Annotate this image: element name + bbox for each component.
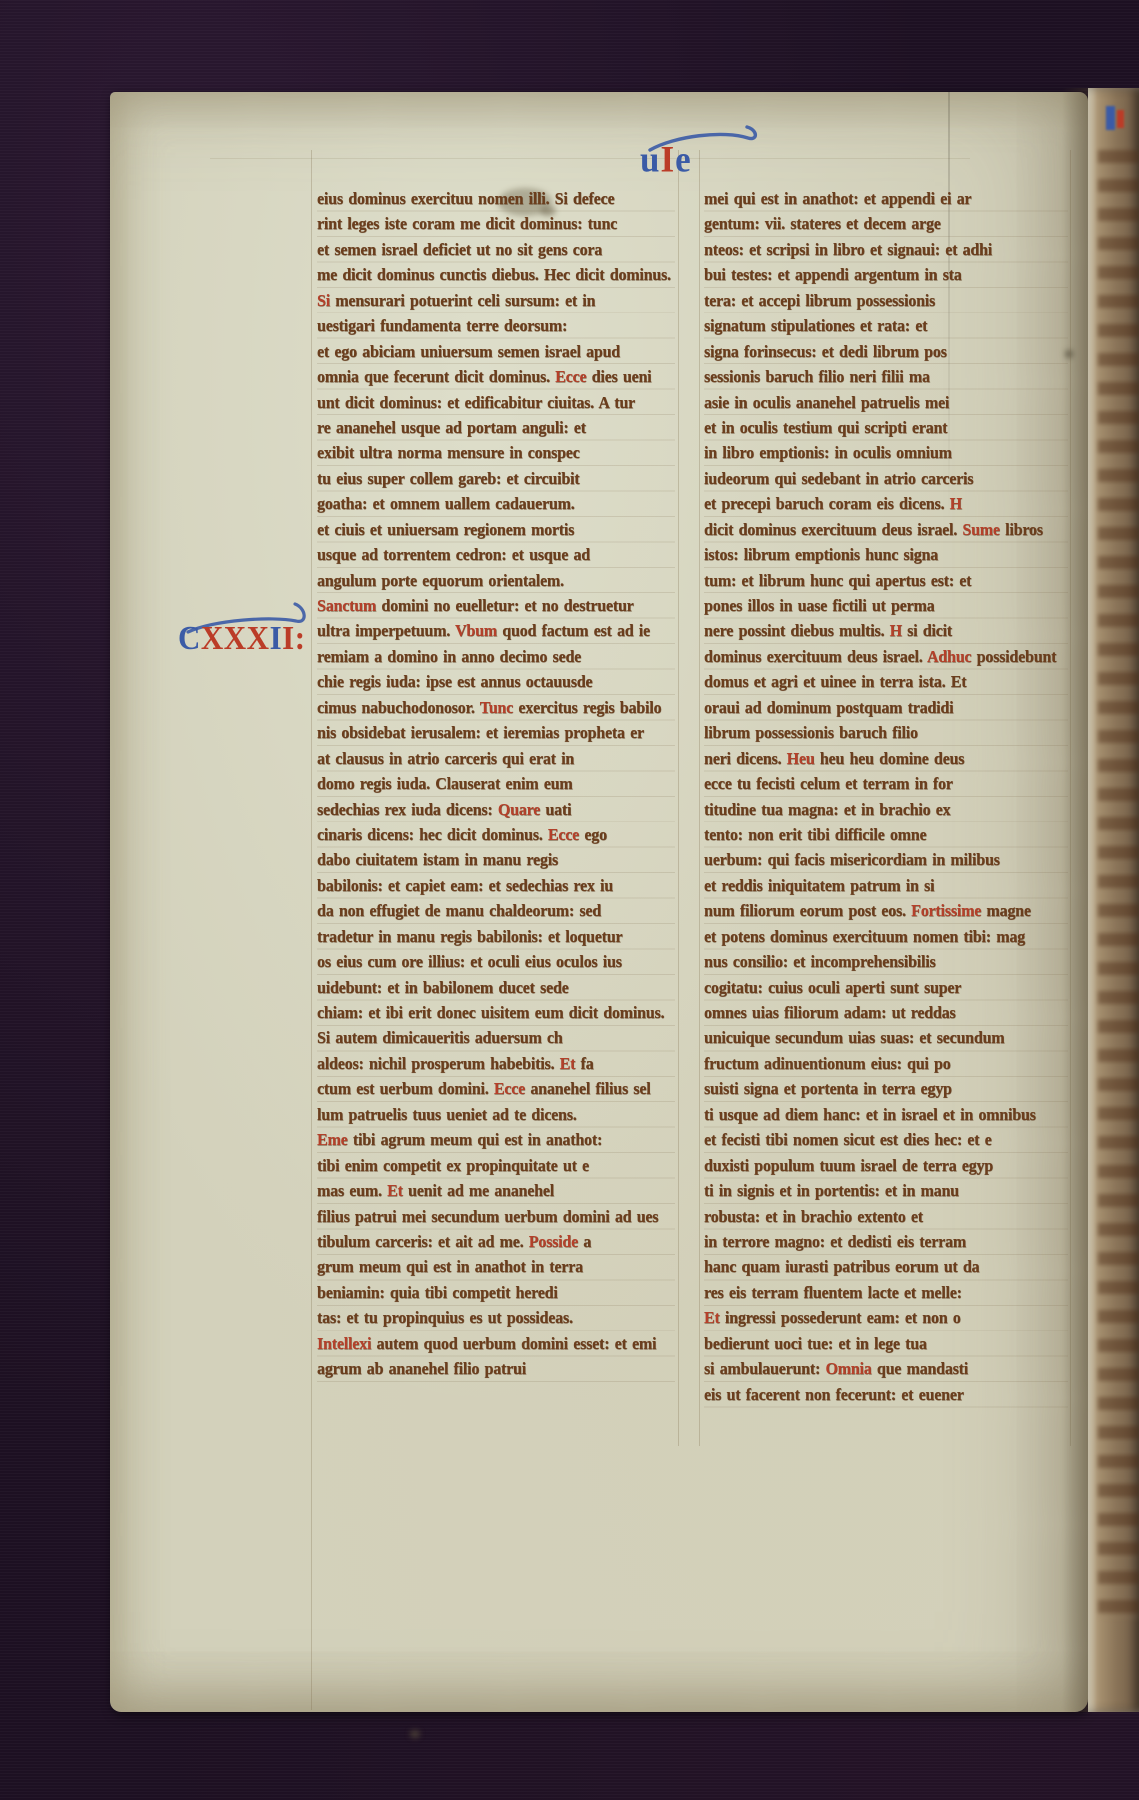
chapter-numeral-letters: CXXXII: xyxy=(178,621,306,654)
manuscript-text-line: nus consilio: et incomprehensibilis xyxy=(704,949,1068,976)
manuscript-text-line: hanc quam iurasti patribus eorum ut da xyxy=(704,1254,1068,1281)
manuscript-text-line: exibit ultra norma mensure in conspec xyxy=(317,440,675,467)
chapter-numeral-letter: X xyxy=(224,621,247,654)
manuscript-text-line: fructum adinuentionum eius: qui po xyxy=(704,1051,1068,1078)
manuscript-text-line: os eius cum ore illius: et oculi eius oc… xyxy=(317,949,675,976)
manuscript-text-line: gentum: vii. stateres et decem arge xyxy=(704,211,1068,238)
manuscript-text-line: tibulum carceris: et ait ad me. Posside … xyxy=(317,1229,675,1256)
manuscript-text-line: uerbum: qui facis misericordiam in milib… xyxy=(704,847,1068,874)
chapter-numeral-letter: I xyxy=(270,621,283,654)
manuscript-text-line: duxisti populum tuum israel de terra egy… xyxy=(704,1153,1068,1180)
manuscript-text-line: Eme tibi agrum meum qui est in anathot: xyxy=(317,1127,675,1154)
manuscript-text-line: pones illos in uase fictili ut perma xyxy=(704,593,1068,620)
manuscript-text-line: et potens dominus exercituum nomen tibi:… xyxy=(704,924,1068,951)
manuscript-text-line: bui testes: et appendi argentum in sta xyxy=(704,262,1068,289)
facing-title-red-stroke xyxy=(1117,110,1124,128)
manuscript-text-line: mei qui est in anathot: et appendi ei ar xyxy=(704,186,1068,213)
manuscript-text-line: cogitatu: cuius oculi aperti sunt super xyxy=(704,975,1068,1002)
manuscript-text-line: Sanctum domini no euelletur: et no destr… xyxy=(317,593,675,620)
manuscript-text-line: uestigari fundamenta terre deorsum: xyxy=(317,313,675,340)
manuscript-text-line: chiam: et ibi erit donec uisitem eum dic… xyxy=(317,1000,675,1027)
manuscript-text-line: cimus nabuchodonosor. Tunc exercitus reg… xyxy=(317,695,675,722)
manuscript-text-line: at clausus in atrio carceris qui erat in xyxy=(317,746,675,773)
manuscript-text-line: ultra imperpetuum. Vbum quod factum est … xyxy=(317,618,675,645)
ruling-line xyxy=(678,150,679,1446)
manuscript-text-line: ti usque ad diem hanc: et in israel et i… xyxy=(704,1102,1068,1129)
chapter-numeral-letter: C xyxy=(178,621,201,654)
facing-page-text-blur xyxy=(1098,150,1139,1620)
manuscript-text-line: in terrore magno: et dedisti eis terram xyxy=(704,1229,1068,1256)
manuscript-text-line: unt dicit dominus: et edificabitur ciuit… xyxy=(317,390,675,417)
facing-page-edge xyxy=(1088,88,1139,1712)
manuscript-text-line: sessionis baruch filio neri filii ma xyxy=(704,364,1068,391)
facing-title-blue-stroke xyxy=(1106,106,1115,130)
manuscript-text-line: filius patrui mei secundum uerbum domini… xyxy=(317,1204,675,1231)
manuscript-text-line: mas eum. Et uenit ad me ananehel xyxy=(317,1178,675,1205)
manuscript-text-line: cinaris dicens: hec dicit dominus. Ecce … xyxy=(317,822,675,849)
manuscript-text-line: dicit dominus exercituum deus israel. Su… xyxy=(704,517,1068,544)
running-title: uIe xyxy=(640,126,770,188)
manuscript-text-line: ctum est uerbum domini. Ecce ananehel fi… xyxy=(317,1076,675,1103)
manuscript-text-line: istos: librum emptionis hunc signa xyxy=(704,542,1068,569)
manuscript-text-line: sedechias rex iuda dicens: Quare uati xyxy=(317,797,675,824)
manuscript-text-line: goatha: et omnem uallem cadauerum. xyxy=(317,491,675,518)
ruling-line xyxy=(210,158,970,159)
manuscript-photo: uIe CXXXII: eius dominus exercituu nomen… xyxy=(0,0,1139,1800)
manuscript-text-line: librum possessionis baruch filio xyxy=(704,720,1068,747)
text-column-left: eius dominus exercituu nomen illi. Si de… xyxy=(317,186,675,1384)
manuscript-text-line: et ciuis et uniuersam regionem mortis xyxy=(317,517,675,544)
manuscript-text-line: beniamin: quia tibi competit heredi xyxy=(317,1280,675,1307)
manuscript-text-line: robusta: et in brachio extento et xyxy=(704,1204,1068,1231)
chapter-numeral-letter: X xyxy=(247,621,270,654)
manuscript-text-line: si ambulauerunt: Omnia que mandasti xyxy=(704,1356,1068,1383)
manuscript-text-line: me dicit dominus cunctis diebus. Hec dic… xyxy=(317,262,675,289)
manuscript-text-line: babilonis: et capiet eam: et sedechias r… xyxy=(317,873,675,900)
manuscript-text-line: unicuique secundum uias suas: et secundu… xyxy=(704,1025,1068,1052)
manuscript-text-line: num filiorum eorum post eos. Fortissime … xyxy=(704,898,1068,925)
manuscript-text-line: tradetur in manu regis babilonis: et loq… xyxy=(317,924,675,951)
manuscript-text-line: omnes uias filiorum adam: ut reddas xyxy=(704,1000,1068,1027)
manuscript-text-line: Intellexi autem quod uerbum domini esset… xyxy=(317,1331,675,1358)
manuscript-text-line: usque ad torrentem cedron: et usque ad xyxy=(317,542,675,569)
text-column-right: mei qui est in anathot: et appendi ei ar… xyxy=(704,186,1068,1410)
manuscript-text-line: uidebunt: et in babilonem ducet sede xyxy=(317,975,675,1002)
manuscript-text-line: grum meum qui est in anathot in terra xyxy=(317,1254,675,1281)
running-title-letter: e xyxy=(675,141,692,178)
manuscript-text-line: omnia que fecerunt dicit dominus. Ecce d… xyxy=(317,364,675,391)
manuscript-text-line: domo regis iuda. Clauserat enim eum xyxy=(317,771,675,798)
ruling-line xyxy=(699,150,700,1446)
chapter-numeral: CXXXII: xyxy=(176,608,336,672)
ink-stain xyxy=(410,1730,420,1738)
manuscript-text-line: rint leges iste coram me dicit dominus: … xyxy=(317,211,675,238)
manuscript-text-line: tera: et accepi librum possessionis xyxy=(704,288,1068,315)
manuscript-text-line: tas: et tu propinquius es ut possideas. xyxy=(317,1305,675,1332)
manuscript-text-line: tento: non erit tibi difficile omne xyxy=(704,822,1068,849)
manuscript-text-line: tum: et librum hunc qui apertus est: et xyxy=(704,568,1068,595)
chapter-numeral-letter: X xyxy=(201,621,224,654)
manuscript-text-line: Si mensurari potuerint celi sursum: et i… xyxy=(317,288,675,315)
manuscript-text-line: et semen israel deficiet ut no sit gens … xyxy=(317,237,675,264)
manuscript-text-line: ti in signis et in portentis: et in manu xyxy=(704,1178,1068,1205)
manuscript-text-line: neri dicens. Heu heu heu domine deus xyxy=(704,746,1068,773)
manuscript-text-line: nere possint diebus multis. H si dicit xyxy=(704,618,1068,645)
chapter-numeral-letter: : xyxy=(295,621,306,654)
manuscript-text-line: et reddis iniquitatem patrum in si xyxy=(704,873,1068,900)
manuscript-text-line: et ego abiciam uniuersum semen israel ap… xyxy=(317,339,675,366)
manuscript-text-line: asie in oculis ananehel patruelis mei xyxy=(704,390,1068,417)
running-title-letters: uIe xyxy=(640,141,692,178)
manuscript-text-line: eius dominus exercituu nomen illi. Si de… xyxy=(317,186,675,213)
manuscript-text-line: dabo ciuitatem istam in manu regis xyxy=(317,847,675,874)
ruling-line xyxy=(311,150,312,1710)
running-title-letter: I xyxy=(660,141,675,178)
running-title-letter: u xyxy=(640,141,660,178)
manuscript-text-line: tu eius super collem gareb: et circuibit xyxy=(317,466,675,493)
manuscript-text-line: dominus exercituum deus israel. Adhuc po… xyxy=(704,644,1068,671)
facing-title-fragment xyxy=(1106,104,1132,132)
manuscript-text-line: re ananehel usque ad portam anguli: et xyxy=(317,415,675,442)
manuscript-text-line: in libro emptionis: in oculis omnium xyxy=(704,440,1068,467)
manuscript-text-line: lum patruelis tuus ueniet ad te dicens. xyxy=(317,1102,675,1129)
manuscript-text-line: nis obsidebat ierusalem: et ieremias pro… xyxy=(317,720,675,747)
manuscript-text-line: chie regis iuda: ipse est annus octauusd… xyxy=(317,669,675,696)
manuscript-text-line: et in oculis testium qui scripti erant xyxy=(704,415,1068,442)
manuscript-text-line: nteos: et scripsi in libro et signaui: e… xyxy=(704,237,1068,264)
manuscript-text-line: res eis terram fluentem lacte et melle: xyxy=(704,1280,1068,1307)
manuscript-text-line: signatum stipulationes et rata: et xyxy=(704,313,1068,340)
manuscript-text-line: suisti signa et portenta in terra egyp xyxy=(704,1076,1068,1103)
manuscript-text-line: titudine tua magna: et in brachio ex xyxy=(704,797,1068,824)
chapter-numeral-letter: I xyxy=(282,621,295,654)
manuscript-text-line: eis ut facerent non fecerunt: et euener xyxy=(704,1382,1068,1409)
manuscript-text-line: da non effugiet de manu chaldeorum: sed xyxy=(317,898,675,925)
manuscript-text-line: tibi enim competit ex propinquitate ut e xyxy=(317,1153,675,1180)
manuscript-text-line: et fecisti tibi nomen sicut est dies hec… xyxy=(704,1127,1068,1154)
manuscript-text-line: angulum porte equorum orientalem. xyxy=(317,568,675,595)
manuscript-text-line: ecce tu fecisti celum et terram in for xyxy=(704,771,1068,798)
manuscript-text-line: aldeos: nichil prosperum habebitis. Et f… xyxy=(317,1051,675,1078)
manuscript-text-line: agrum ab ananehel filio patrui xyxy=(317,1356,675,1383)
manuscript-text-line: bedierunt uoci tue: et in lege tua xyxy=(704,1331,1068,1358)
manuscript-text-line: iudeorum qui sedebant in atrio carceris xyxy=(704,466,1068,493)
manuscript-text-line: oraui ad dominum postquam tradidi xyxy=(704,695,1068,722)
manuscript-text-line: signa forinsecus: et dedi librum pos xyxy=(704,339,1068,366)
manuscript-text-line: Si autem dimicaueritis aduersum ch xyxy=(317,1025,675,1052)
manuscript-text-line: remiam a domino in anno decimo sede xyxy=(317,644,675,671)
manuscript-text-line: et precepi baruch coram eis dicens. H xyxy=(704,491,1068,518)
manuscript-text-line: Et ingressi possederunt eam: et non o xyxy=(704,1305,1068,1332)
manuscript-text-line: domus et agri et uinee in terra ista. Et xyxy=(704,669,1068,696)
